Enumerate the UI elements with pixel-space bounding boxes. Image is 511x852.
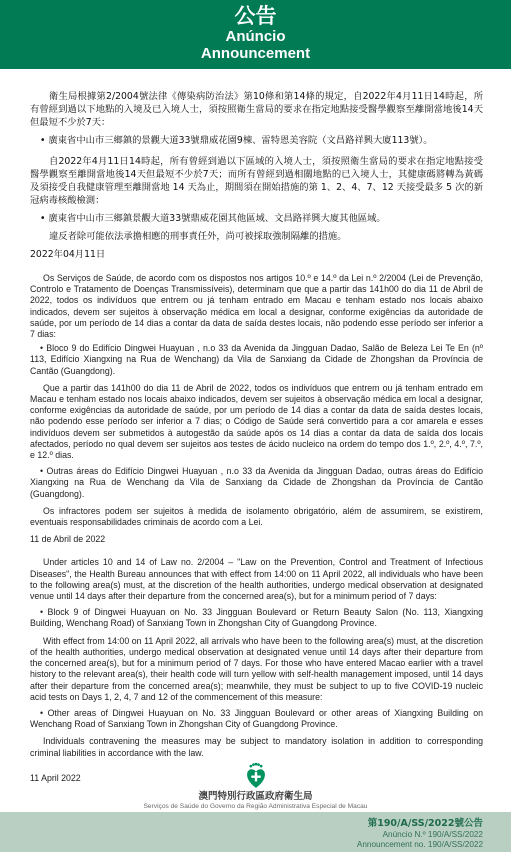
pt-bullet-location-1: • Bloco 9 do Edifício Dingwei Huayuan , … bbox=[30, 343, 483, 377]
zh-bullet-location-2: • 廣東省中山市三鄉鎮景觀大道33號鼎威花園其他區域、文昌路祥興大廈其他區域。 bbox=[30, 212, 483, 225]
en-paragraph-legal-basis: Under articles 10 and 14 of Law no. 2/20… bbox=[30, 557, 483, 602]
zh-date: 2022年04月11日 bbox=[30, 248, 483, 261]
announcement-number-chinese: 第190/A/SS/2022號公告 bbox=[0, 817, 483, 830]
pt-paragraph-measures: Que a partir das 141h00 do dia 11 de Abr… bbox=[30, 383, 483, 461]
pt-paragraph-legal-basis: Os Serviços de Saúde, de acordo com os d… bbox=[30, 273, 483, 340]
section-chinese: 衛生局根據第2/2004號法律《傳染病防治法》第10條和第14條的規定，自202… bbox=[30, 90, 483, 261]
page-title-english: Announcement bbox=[0, 45, 511, 62]
health-bureau-heart-cross-logo-icon bbox=[245, 762, 267, 790]
bureau-name-portuguese: Serviços de Saúde do Governo da Região A… bbox=[0, 802, 511, 811]
section-english: Under articles 10 and 14 of Law no. 2/20… bbox=[30, 557, 483, 783]
page-title-portuguese: Anúncio bbox=[0, 29, 511, 45]
en-paragraph-penalty: Individuals contravening the measures ma… bbox=[30, 736, 483, 758]
footer-identity: 澳門特別行政區政府衛生局 Serviços de Saúde do Govern… bbox=[0, 762, 511, 811]
header-banner: 公告 Anúncio Announcement bbox=[0, 0, 511, 69]
zh-paragraph-penalty: 違反者除可能依法承擔相應的刑事責任外，尚可被採取強制隔離的措施。 bbox=[30, 230, 483, 243]
reference-band: 第190/A/SS/2022號公告 Anúncio N.º 190/A/SS/2… bbox=[0, 812, 511, 852]
en-bullet-location-1: • Block 9 of Dingwei Huayuan on No. 33 J… bbox=[30, 607, 483, 629]
page-title-chinese: 公告 bbox=[0, 4, 511, 29]
section-portuguese: Os Serviços de Saúde, de acordo com os d… bbox=[30, 273, 483, 545]
en-bullet-location-2: • Other areas of Dingwei Huayuan on No. … bbox=[30, 708, 483, 730]
announcement-number-english: Announcement no. 190/A/SS/2022 bbox=[0, 840, 483, 850]
announcement-body: 衛生局根據第2/2004號法律《傳染病防治法》第10條和第14條的規定，自202… bbox=[0, 69, 511, 784]
en-paragraph-measures: With effect from 14:00 on 11 April 2022,… bbox=[30, 636, 483, 703]
pt-date: 11 de Abril de 2022 bbox=[30, 534, 483, 545]
announcement-page: 公告 Anúncio Announcement 衛生局根據第2/2004號法律《… bbox=[0, 0, 511, 852]
pt-bullet-location-2: • Outras áreas do Edifício Dingwei Huayu… bbox=[30, 466, 483, 500]
bureau-name-chinese: 澳門特別行政區政府衛生局 bbox=[0, 791, 511, 802]
announcement-number-portuguese: Anúncio N.º 190/A/SS/2022 bbox=[0, 830, 483, 840]
zh-bullet-location-1: • 廣東省中山市三鄉鎮的景觀大道33號鼎威花園9棟、雷特恩美容院（文昌路祥興大廈… bbox=[30, 134, 483, 147]
zh-paragraph-measures: 自2022年4月11日14時起，所有曾經到過以下區域的入境人士，須按照衛生當局的… bbox=[30, 155, 483, 207]
zh-paragraph-legal-basis: 衛生局根據第2/2004號法律《傳染病防治法》第10條和第14條的規定，自202… bbox=[30, 90, 483, 129]
pt-paragraph-penalty: Os infractores podem ser sujeitos à medi… bbox=[30, 506, 483, 528]
